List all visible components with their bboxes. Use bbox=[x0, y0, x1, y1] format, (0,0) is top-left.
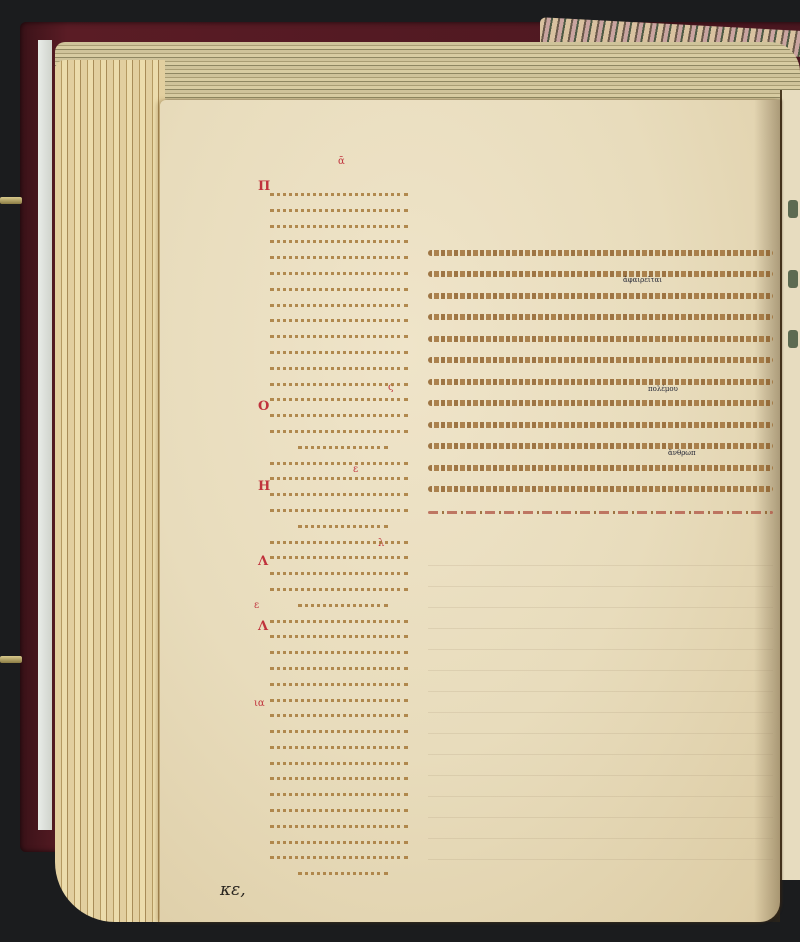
commentary-line bbox=[270, 403, 408, 417]
commentary-line bbox=[270, 293, 408, 307]
margin-mark: ε bbox=[254, 600, 259, 611]
commentary-line bbox=[270, 766, 408, 780]
text-line bbox=[428, 477, 773, 499]
commentary-line bbox=[270, 324, 408, 338]
commentary-line bbox=[270, 577, 408, 591]
clasp-pin-upper bbox=[0, 197, 22, 204]
commentary-line bbox=[270, 214, 408, 228]
commentary-line bbox=[270, 530, 408, 544]
commentary-line bbox=[270, 498, 408, 512]
decoration-icon bbox=[788, 200, 798, 218]
text-line bbox=[428, 305, 773, 327]
red-initial: Π bbox=[258, 180, 270, 193]
commentary-line bbox=[270, 640, 408, 654]
text-line bbox=[428, 369, 773, 391]
commentary-line bbox=[298, 861, 388, 875]
commentary-line bbox=[270, 387, 408, 401]
commentary-line bbox=[270, 372, 408, 386]
commentary-line bbox=[270, 229, 408, 243]
blank-ruled-area bbox=[428, 545, 773, 875]
commentary-line bbox=[270, 261, 408, 275]
main-text-block: ἀφαιρεῖται πολέμου ἄνθρωπ bbox=[428, 240, 773, 520]
text-line bbox=[428, 240, 773, 262]
commentary-line bbox=[270, 688, 408, 702]
text-line: ἄνθρωπ bbox=[428, 455, 773, 477]
text-line bbox=[428, 326, 773, 348]
interlinear-gloss: πολέμου bbox=[648, 385, 678, 393]
text-line-decorative-end bbox=[428, 498, 773, 520]
text-line: ἀφαιρεῖται bbox=[428, 262, 773, 284]
decoration-icon bbox=[788, 330, 798, 348]
commentary-line bbox=[270, 735, 408, 749]
text-line bbox=[428, 283, 773, 305]
commentary-line bbox=[270, 545, 408, 559]
red-initial: Η bbox=[258, 480, 270, 493]
red-initial: Λ bbox=[258, 620, 268, 633]
commentary-line bbox=[270, 830, 408, 844]
commentary-line bbox=[270, 751, 408, 765]
commentary-line bbox=[270, 466, 408, 480]
commentary-line bbox=[270, 245, 408, 259]
flyleaf-edge bbox=[38, 40, 52, 830]
decoration-icon bbox=[788, 270, 798, 288]
text-line bbox=[428, 412, 773, 434]
red-initial: Λ bbox=[258, 555, 268, 568]
text-line bbox=[428, 434, 773, 456]
commentary-line bbox=[298, 514, 388, 528]
commentary-line bbox=[270, 672, 408, 686]
commentary-line bbox=[270, 451, 408, 465]
red-initial: Ο bbox=[258, 400, 269, 413]
commentary-line bbox=[270, 356, 408, 370]
interlinear-gloss: ἀφαιρεῖται bbox=[623, 276, 662, 284]
commentary-line bbox=[270, 277, 408, 291]
commentary-line bbox=[270, 482, 408, 496]
commentary-column: ᾱ Π Ο ς ε Η λ Λ ε Λ ια bbox=[258, 160, 408, 877]
page-stack-fore-edge bbox=[55, 60, 165, 922]
commentary-line bbox=[270, 419, 408, 433]
commentary-line bbox=[270, 182, 408, 196]
rubric-numeral: ᾱ bbox=[338, 156, 345, 167]
commentary-line bbox=[270, 814, 408, 828]
commentary-line bbox=[270, 624, 408, 638]
commentary-line bbox=[270, 308, 408, 322]
interlinear-gloss: ἄνθρωπ bbox=[668, 449, 696, 457]
commentary-line bbox=[270, 561, 408, 575]
commentary-line bbox=[270, 609, 408, 623]
commentary-line bbox=[298, 435, 388, 449]
commentary-line bbox=[270, 719, 408, 733]
commentary-line bbox=[270, 340, 408, 354]
commentary-line bbox=[298, 593, 388, 607]
commentary-line bbox=[270, 845, 408, 859]
text-line bbox=[428, 348, 773, 370]
text-line: πολέμου bbox=[428, 391, 773, 413]
margin-mark: ια bbox=[254, 698, 265, 709]
commentary-line bbox=[270, 782, 408, 796]
facing-page-edge bbox=[780, 90, 800, 880]
commentary-line bbox=[270, 198, 408, 212]
folio-number: κε, bbox=[220, 880, 246, 900]
commentary-line bbox=[270, 798, 408, 812]
commentary-line bbox=[270, 703, 408, 717]
clasp-pin-lower bbox=[0, 656, 22, 663]
commentary-line bbox=[270, 656, 408, 670]
